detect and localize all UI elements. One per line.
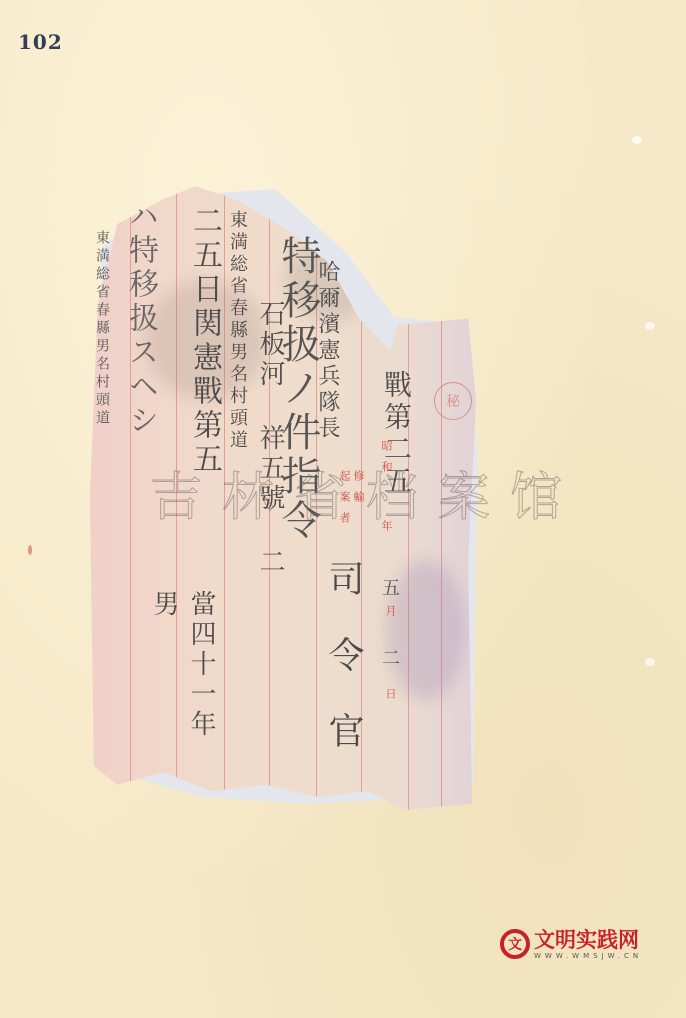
form-label-day: 日 bbox=[382, 688, 398, 709]
logo-url: WWW.WMSJW.CN bbox=[534, 952, 642, 960]
doc-col-8: 司令官 bbox=[318, 560, 369, 800]
archive-watermark: 吉林省档案馆 bbox=[150, 455, 582, 530]
date-month-value: 五 bbox=[376, 578, 402, 600]
paper-mark bbox=[645, 658, 655, 666]
doc-col-4: 當四十一年男 bbox=[146, 590, 220, 760]
wenming-logo-icon: 文 bbox=[500, 929, 530, 959]
red-seal: 秘 bbox=[434, 382, 472, 420]
paper-mark bbox=[632, 136, 642, 144]
page-number: 102 bbox=[18, 30, 63, 54]
form-label-month: 月 bbox=[382, 605, 398, 626]
doc-col-6: 石板河 祥五號 二 bbox=[252, 300, 289, 800]
site-logo: 文 文明实践网 WWW.WMSJW.CN bbox=[500, 928, 642, 960]
logo-title: 文明实践网 bbox=[534, 928, 642, 952]
doc-col-1: ハ特移扱スヘシ bbox=[118, 200, 162, 620]
doc-col-left-faint: 東満総省春縣男名村頭道 bbox=[92, 230, 112, 680]
date-day-value: 二 bbox=[376, 648, 402, 670]
paper-mark bbox=[645, 322, 655, 330]
paper-mark bbox=[28, 545, 32, 555]
